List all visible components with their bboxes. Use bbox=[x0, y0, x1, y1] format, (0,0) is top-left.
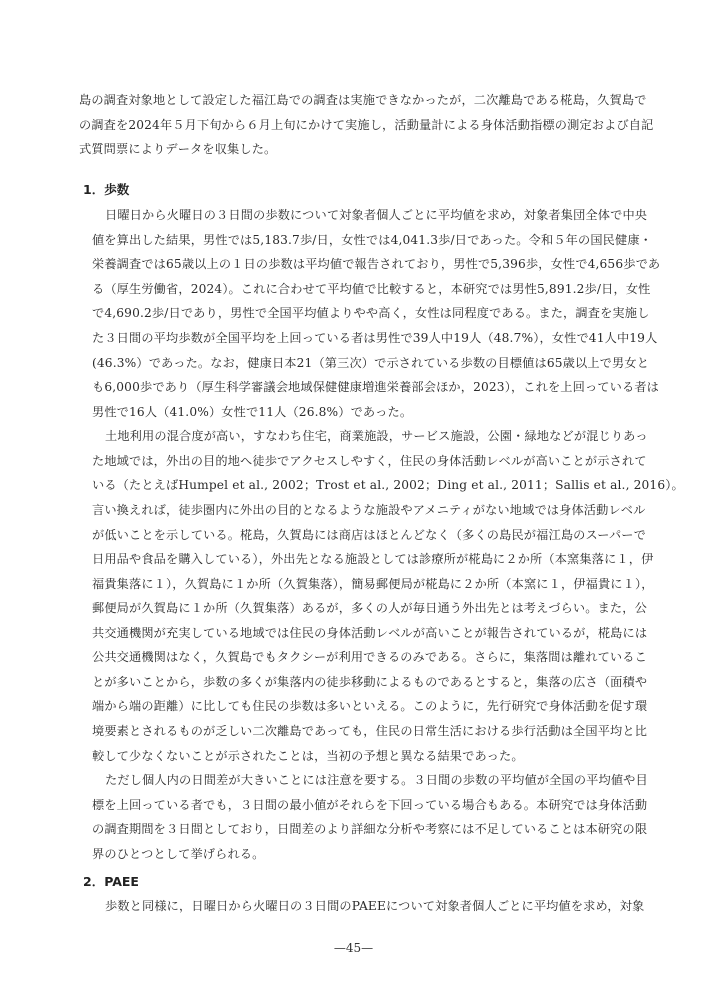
text-line: た３日間の平均歩数が全国平均を上回っている者は男性で39人中19人（48.7%）… bbox=[92, 330, 625, 346]
text-line: とが多いことから，歩数の多くが集落内の徒歩移動によるものであるとすると，集落の広… bbox=[92, 674, 625, 690]
text-line: 日曜日から火曜日の３日間の歩数について対象者個人ごとに平均値を求め，対象者集団全… bbox=[105, 207, 625, 223]
text-line: (46.3%）であった。なお，健康日本21（第三次）で示されている歩数の目標値は… bbox=[92, 355, 625, 371]
text-line: 標を上回っている者でも，３日間の最小値がそれらを下回っている場合もある。本研究で… bbox=[92, 797, 625, 813]
text-line: 式質問票によりデータを収集した。 bbox=[79, 141, 276, 157]
text-line: 福貴集落に１），久賀島に１か所（久賀集落），簡易郵便局が椛島に２か所（本窯に１，… bbox=[92, 576, 625, 592]
text-line: の調査期間を３日間としており，日間差のより詳細な分析や考察には不足していることは… bbox=[92, 821, 625, 837]
text-line: 土地利用の混合度が高い，すなわち住宅，商業施設，サービス施設，公園・緑地などが混… bbox=[105, 428, 625, 444]
text-line: 公共交通機関はなく，久賀島でもタクシーが利用できるのみである。さらに，集落間は離… bbox=[92, 649, 625, 665]
text-line: の調査を2024年５月下旬から６月上旬にかけて実施し，活動量計による身体活動指標… bbox=[79, 117, 625, 133]
text-line: 男性で16人（41.0%）女性で11人（26.8%）であった。 bbox=[92, 404, 412, 420]
text-line: で4,690.2歩/日であり，男性で全国平均値よりやや高く，女性は同程度である。… bbox=[92, 305, 625, 321]
text-line: ただし個人内の日間差が大きいことには注意を要する。３日間の歩数の平均値が全国の平… bbox=[105, 772, 625, 788]
text-line: 界のひとつとして挙げられる。 bbox=[92, 846, 264, 862]
text-line: 島の調査対象地として設定した福江島での調査は実施できなかったが，二次離島である椛… bbox=[79, 92, 625, 108]
text-line: る（厚生労働省，2024）。これに合わせて平均値で比較すると，本研究では男性5,… bbox=[92, 281, 625, 297]
text-line: 較して少なくないことが示されたことは，当初の予想と異なる結果であった。 bbox=[92, 748, 524, 764]
text-line: が低いことを示している。椛島，久賀島には商店はほとんどなく（多くの島民が福江島の… bbox=[92, 527, 625, 543]
text-line: 値を算出した結果，男性では5,183.7歩/日，女性では4,041.3歩/日であ… bbox=[92, 232, 625, 248]
text-line: 境要素とされるものが乏しい二次離島であっても，住民の日常生活における歩行活動は全… bbox=[92, 723, 625, 739]
text-line: 共交通機関が充実している地域では住民の身体活動レベルが高いことが報告されているが… bbox=[92, 625, 625, 641]
text-line: 言い換えれば，徒歩圏内に外出の目的となるような施設やアメニティがない地域では身体… bbox=[92, 502, 625, 518]
text-line: も6,000歩であり（厚生科学審議会地域保健健康増進栄養部会ほか，2023），こ… bbox=[92, 379, 625, 395]
text-line: いる（たとえばHumpel et al., 2002；Trost et al.,… bbox=[92, 477, 625, 493]
text-line: 歩数と同様に，日曜日から火曜日の３日間のPAEEについて対象者個人ごとに平均値を… bbox=[105, 898, 625, 914]
text-line: た地域では，外出の目的地へ徒歩でアクセスしやすく，住民の身体活動レベルが高いこと… bbox=[92, 453, 625, 469]
text-line: 栄養調査では65歳以上の１日の歩数は平均値で報告されており，男性で5,396歩，… bbox=[92, 256, 625, 272]
text-line: 端から端の距離）に比しても住民の歩数は多いといえる。このように，先行研究で身体活… bbox=[92, 698, 625, 714]
section-heading-paee: 2．PAEE bbox=[83, 874, 139, 890]
document-page: 島の調査対象地として設定した福江島での調査は実施できなかったが，二次離島である椛… bbox=[0, 0, 707, 1000]
text-line: 郵便局が久賀島に１か所（久賀集落）あるが，多くの人が毎日通う外出先とは考えづらい… bbox=[92, 600, 625, 616]
text-line: 日用品や食品を購入している），外出先となる施設としては診療所が椛島に２か所（本窯… bbox=[92, 551, 625, 567]
page-number: —45— bbox=[0, 940, 707, 956]
section-heading-steps: 1．歩数 bbox=[83, 182, 129, 198]
